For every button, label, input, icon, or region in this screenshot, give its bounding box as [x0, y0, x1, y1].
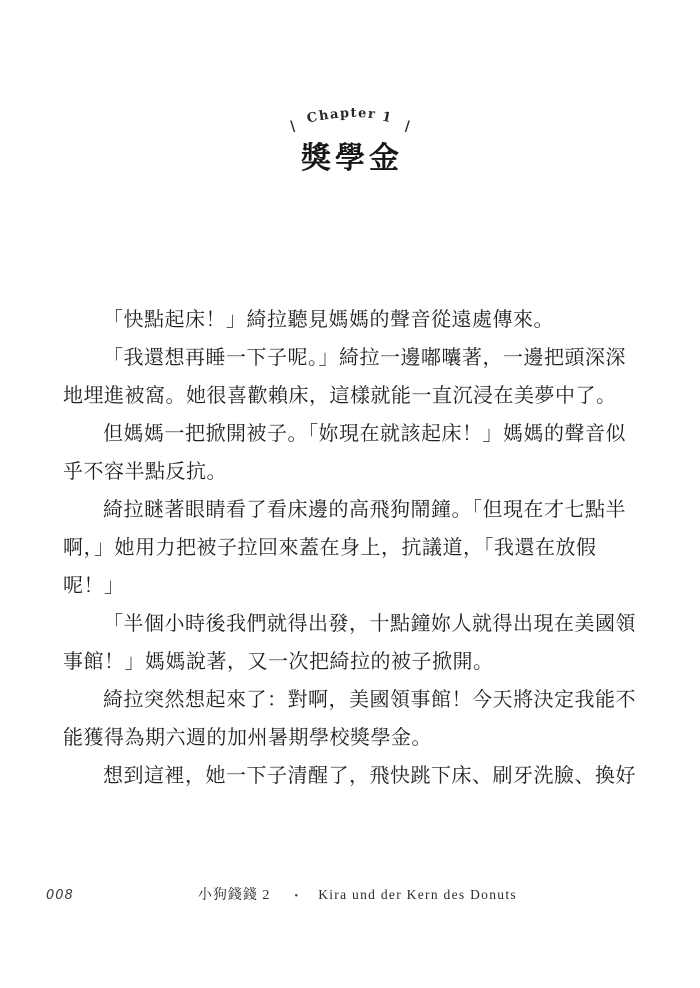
text-line: 啊，」她用力把被子拉回來蓋在身上，抗議道，「我還在放假 [63, 529, 623, 567]
text-line: 綺拉瞇著眼睛看了看床邊的高飛狗鬧鐘。「但現在才七點半 [63, 491, 623, 529]
text-line: 「我還想再睡一下子呢。」綺拉一邊嘟囔著，一邊把頭深深 [63, 339, 623, 377]
footer: 008 小狗錢錢 2 • Kira und der Kern des Donut… [46, 884, 666, 904]
book-page: \ Chapter 1 / 獎學金 「快點起床！」綺拉聽見媽媽的聲音從遠處傳來。… [0, 0, 700, 988]
page-number: 008 [46, 888, 74, 903]
footer-book-title: 小狗錢錢 2 [198, 884, 271, 904]
text-line: 地埋進被窩。她很喜歡賴床，這樣就能一直沉浸在美夢中了。 [63, 377, 623, 415]
footer-subtitle: Kira und der Kern des Donuts [318, 887, 517, 903]
text-line: 綺拉突然想起來了：對啊，美國領事館！今天將決定我能不 [63, 681, 623, 719]
text-line: 「快點起床！」綺拉聽見媽媽的聲音從遠處傳來。 [63, 301, 623, 339]
chapter-tick-right-icon: / [405, 119, 410, 135]
text-line: 想到這裡，她一下子清醒了，飛快跳下床、刷牙洗臉、換好 [63, 757, 623, 795]
footer-separator-dot-icon: • [294, 890, 298, 902]
text-line: 乎不容半點反抗。 [63, 453, 623, 491]
text-line: 但媽媽一把掀開被子。「妳現在就該起床！」媽媽的聲音似 [63, 415, 623, 453]
text-line: 能獲得為期六週的加州暑期學校獎學金。 [63, 719, 623, 757]
body-text: 「快點起床！」綺拉聽見媽媽的聲音從遠處傳來。 「我還想再睡一下子呢。」綺拉一邊嘟… [63, 301, 623, 795]
text-line: 「半個小時後我們就得出發，十點鐘妳人就得出現在美國領 [63, 605, 623, 643]
page-title: 獎學金 [0, 140, 700, 178]
chapter-label: Chapter 1 [307, 106, 393, 121]
text-line: 呢！」 [63, 567, 623, 605]
chapter-header: \ Chapter 1 / [0, 106, 700, 122]
chapter-tick-left-icon: \ [290, 119, 295, 135]
text-line: 事館！」媽媽說著，又一次把綺拉的被子掀開。 [63, 643, 623, 681]
